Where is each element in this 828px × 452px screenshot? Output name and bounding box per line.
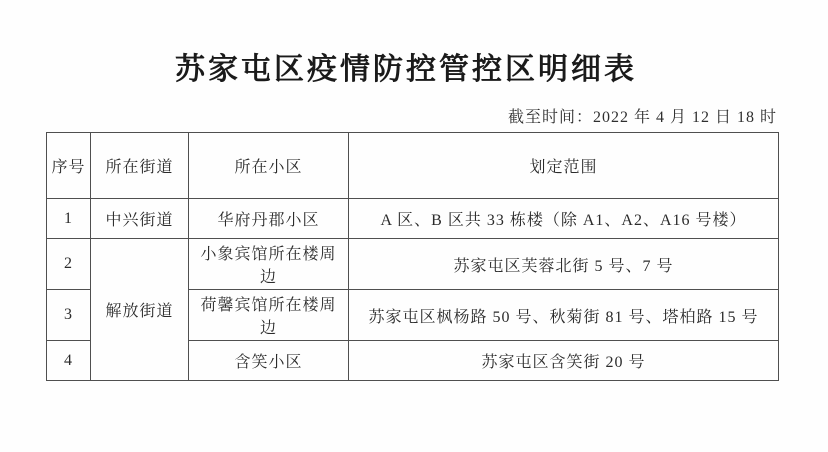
cell-range-4: 苏家屯区含笑街 20 号	[349, 341, 779, 381]
column-header-range: 划定范围	[349, 133, 779, 199]
cell-street-zhongxing: 中兴街道	[91, 199, 189, 239]
cell-seq-1: 1	[47, 199, 91, 239]
cell-community-4: 含笑小区	[189, 341, 349, 381]
cutoff-time-label: 截至时间：2022 年 4 月 12 日 18 时	[0, 104, 777, 127]
scanned-document-page: 苏家屯区疫情防控管控区明细表 截至时间：2022 年 4 月 12 日 18 时…	[0, 0, 828, 452]
cell-community-1: 华府丹郡小区	[189, 199, 349, 239]
document-title: 苏家屯区疫情防控管控区明细表	[0, 44, 812, 88]
cell-seq-2: 2	[47, 239, 91, 290]
table-row: 2 解放街道 小象宾馆所在楼周边 苏家屯区芙蓉北街 5 号、7 号	[47, 239, 779, 290]
cell-community-2: 小象宾馆所在楼周边	[189, 239, 349, 290]
cell-street-jiefang-merged: 解放街道	[91, 239, 189, 381]
cell-range-1: A 区、B 区共 33 栋楼（除 A1、A2、A16 号楼）	[349, 199, 779, 239]
cell-range-3: 苏家屯区枫杨路 50 号、秋菊街 81 号、塔柏路 15 号	[349, 290, 779, 341]
cell-community-3: 荷馨宾馆所在楼周边	[189, 290, 349, 341]
cell-range-2: 苏家屯区芙蓉北街 5 号、7 号	[349, 239, 779, 290]
table-header-row: 序号 所在街道 所在小区 划定范围	[47, 133, 779, 199]
cell-seq-3: 3	[47, 290, 91, 341]
column-header-community: 所在小区	[189, 133, 349, 199]
cell-seq-4: 4	[47, 341, 91, 381]
column-header-street: 所在街道	[91, 133, 189, 199]
table-row: 1 中兴街道 华府丹郡小区 A 区、B 区共 33 栋楼（除 A1、A2、A16…	[47, 199, 779, 239]
column-header-seq: 序号	[47, 133, 91, 199]
control-zone-table: 序号 所在街道 所在小区 划定范围 1 中兴街道 华府丹郡小区 A 区、B 区共…	[46, 132, 779, 381]
